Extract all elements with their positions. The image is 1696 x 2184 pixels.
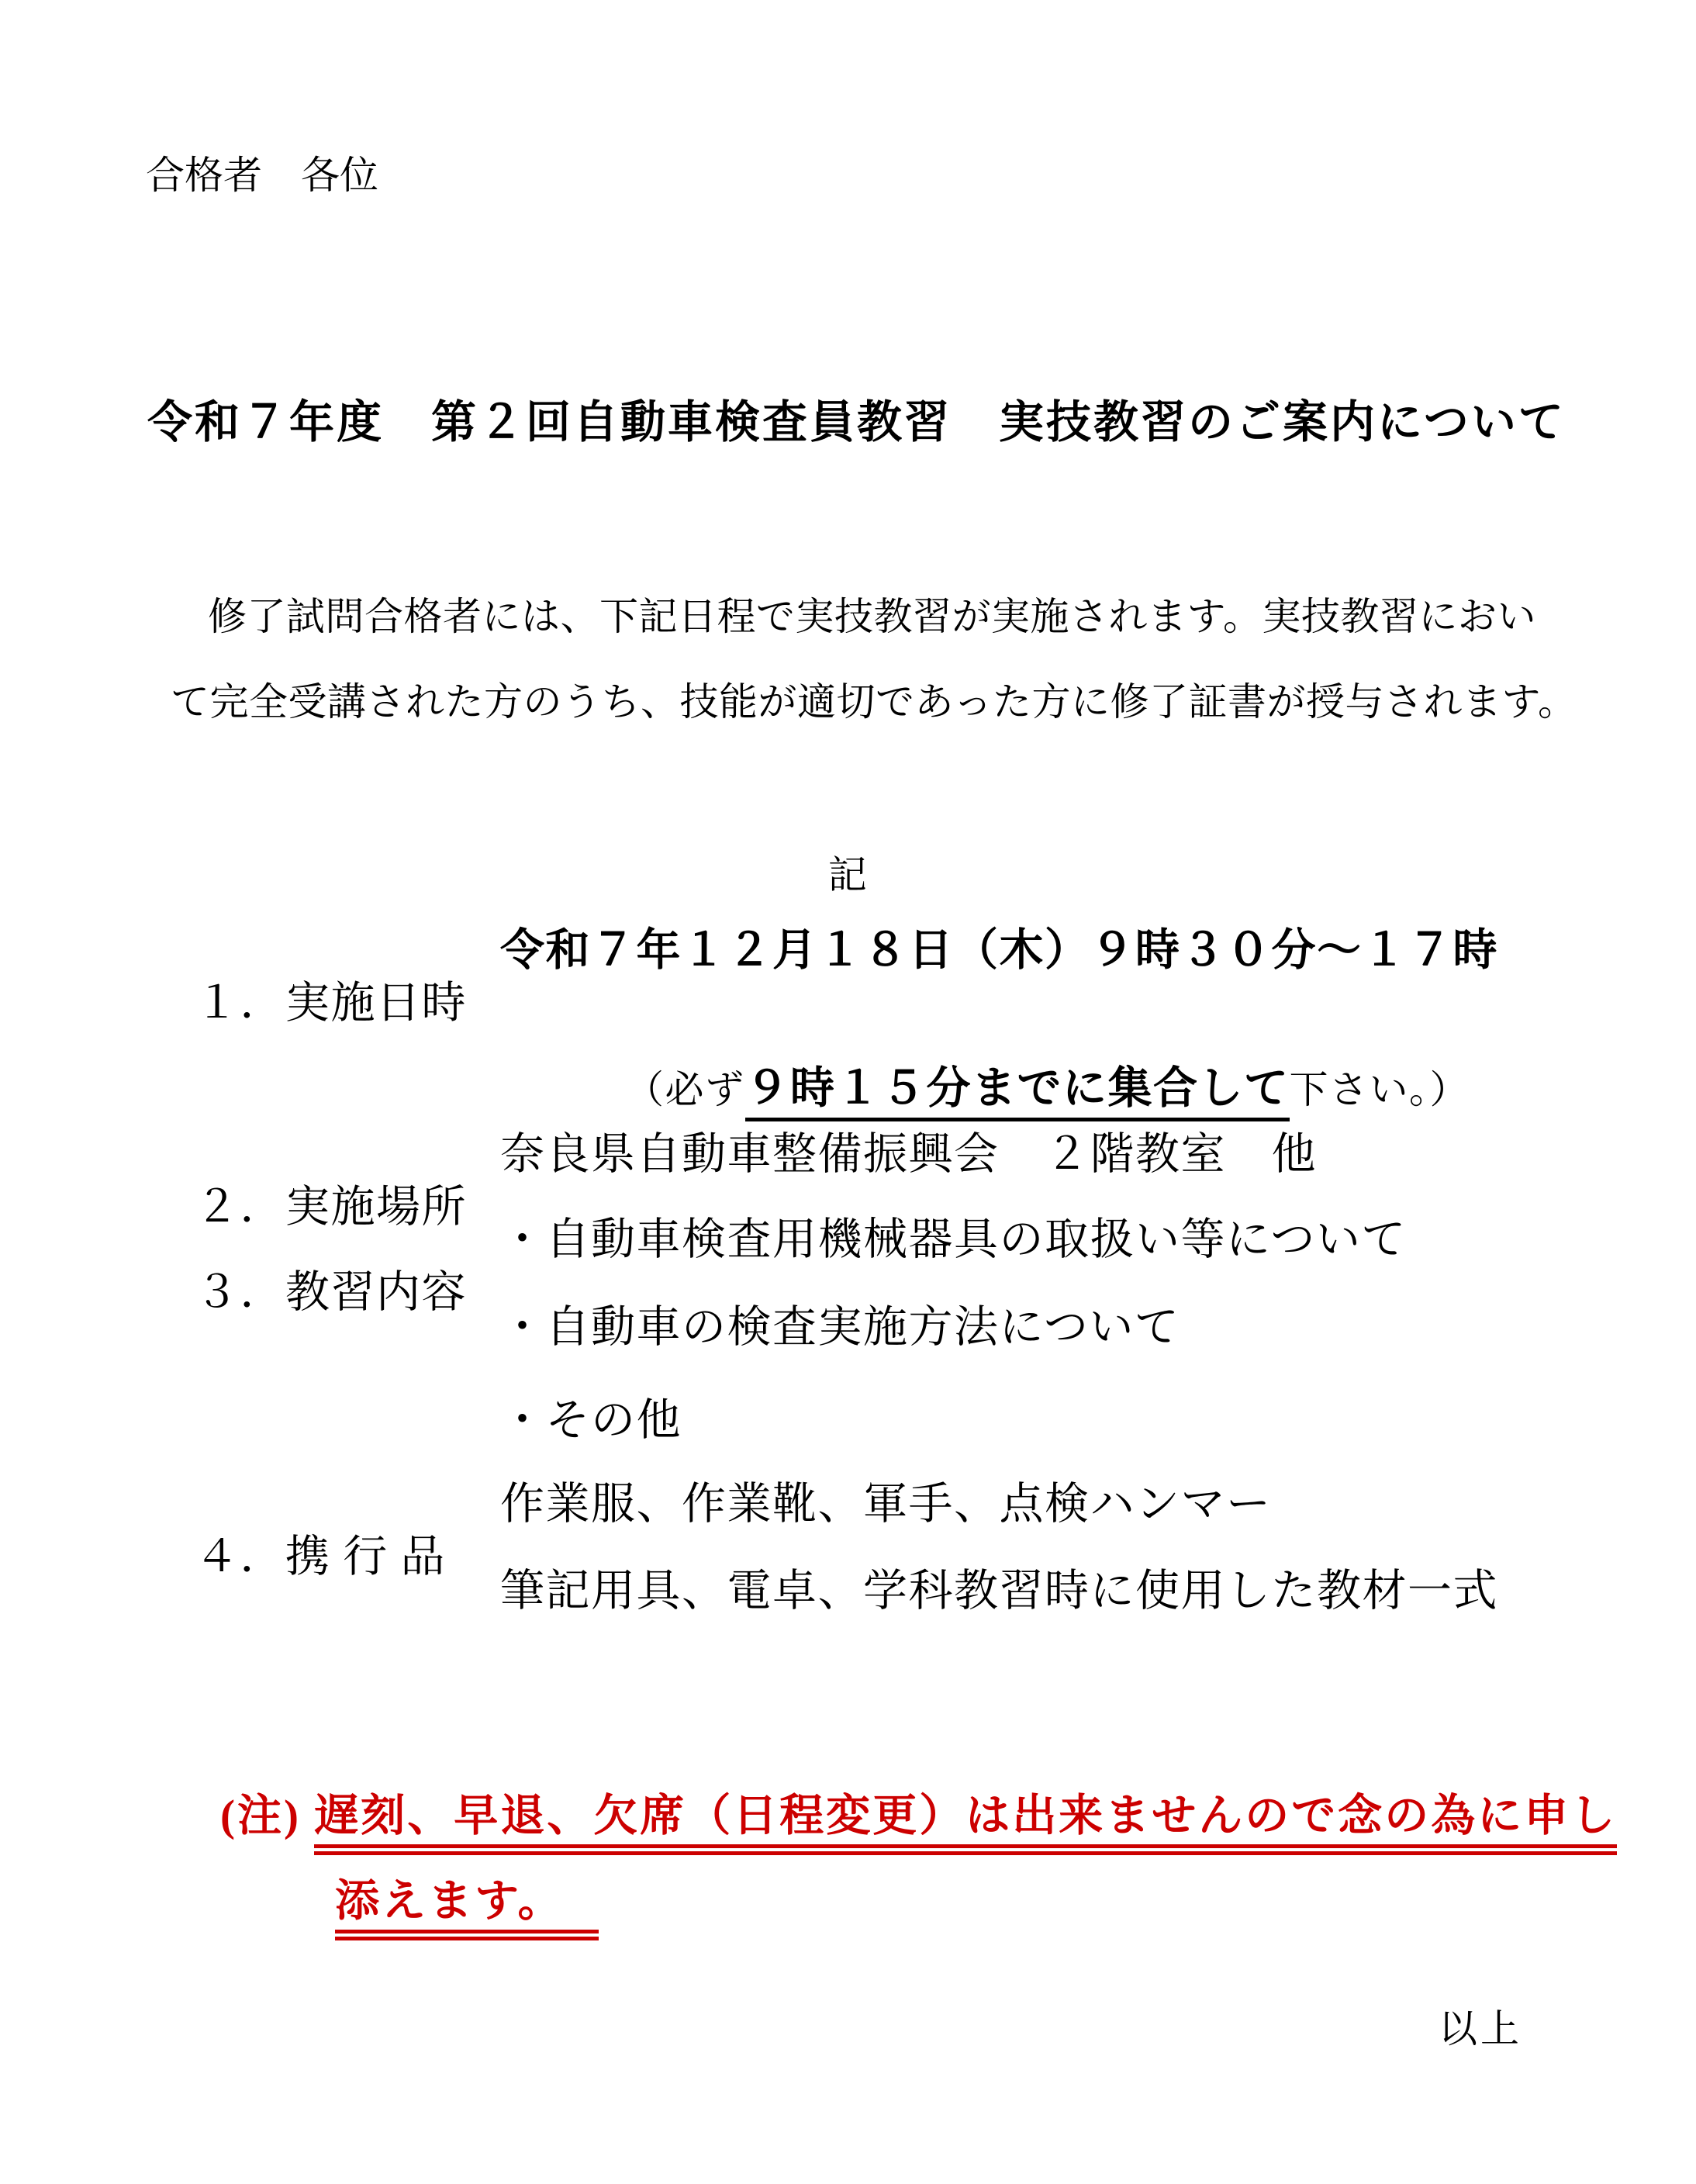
item-1-note-emphasis: ９時１５分までに集合して bbox=[745, 1064, 1290, 1121]
item-3-bullet-1: ・自動車検査用機械器具の取扱い等について bbox=[500, 1214, 1407, 1267]
item-3-label: ３．教習内容 bbox=[195, 1268, 467, 1317]
item-4-row: ４．携 行 品 作業服、作業靴、軍手、点検ハンマー bbox=[146, 1478, 446, 1691]
item-4-line-2: 筆記用具、電卓、学科教習時に使用した教材一式 bbox=[500, 1565, 1498, 1618]
item-4-label: ４．携 行 品 bbox=[195, 1533, 446, 1581]
item-4-line-1: 作業服、作業靴、軍手、点検ハンマー bbox=[500, 1478, 1272, 1531]
recipient-line: 合格者 各位 bbox=[146, 152, 378, 199]
item-3-row: ３．教習内容 ・自動車検査用機械器具の取扱い等について bbox=[146, 1214, 467, 1426]
caution-row-2: 添えます。 bbox=[282, 1823, 599, 1982]
record-marker: 記 bbox=[0, 852, 1696, 898]
document-page: 合格者 各位 令和７年度 第２回自動車検査員教習 実技教習のご案内について 修了… bbox=[0, 0, 1696, 2184]
caution-line-2: 添えます。 bbox=[335, 1877, 599, 1940]
closing-marker: 以上 bbox=[1439, 2006, 1522, 2052]
intro-line-2: て完全受講された方のうち、技能が適切であった方に修了証書が授与されます。 bbox=[171, 679, 1577, 725]
intro-line-1: 修了試問合格者には、下記日程で実技教習が実施されます。実技教習におい bbox=[208, 593, 1536, 640]
item-1-note-prefix: （必ず bbox=[625, 1068, 745, 1111]
item-1-note-suffix: 下さい。） bbox=[1290, 1068, 1470, 1111]
document-title: 令和７年度 第２回自動車検査員教習 実技教習のご案内について bbox=[147, 396, 1566, 450]
item-1-label: １．実施日時 bbox=[195, 979, 467, 1028]
item-1-row: １．実施日時 令和７年１２月１８日（木）９時３０分～１７時 bbox=[146, 924, 467, 1137]
item-3-bullet-2: ・自動車の検査実施方法について bbox=[500, 1301, 1180, 1354]
item-2-value: 奈良県自動車整備振興会 ２階教室 他 bbox=[500, 1128, 1317, 1181]
item-3-bullet-3: ・その他 bbox=[500, 1394, 682, 1447]
item-1-value: 令和７年１２月１８日（木）９時３０分～１７時 bbox=[500, 924, 1498, 977]
